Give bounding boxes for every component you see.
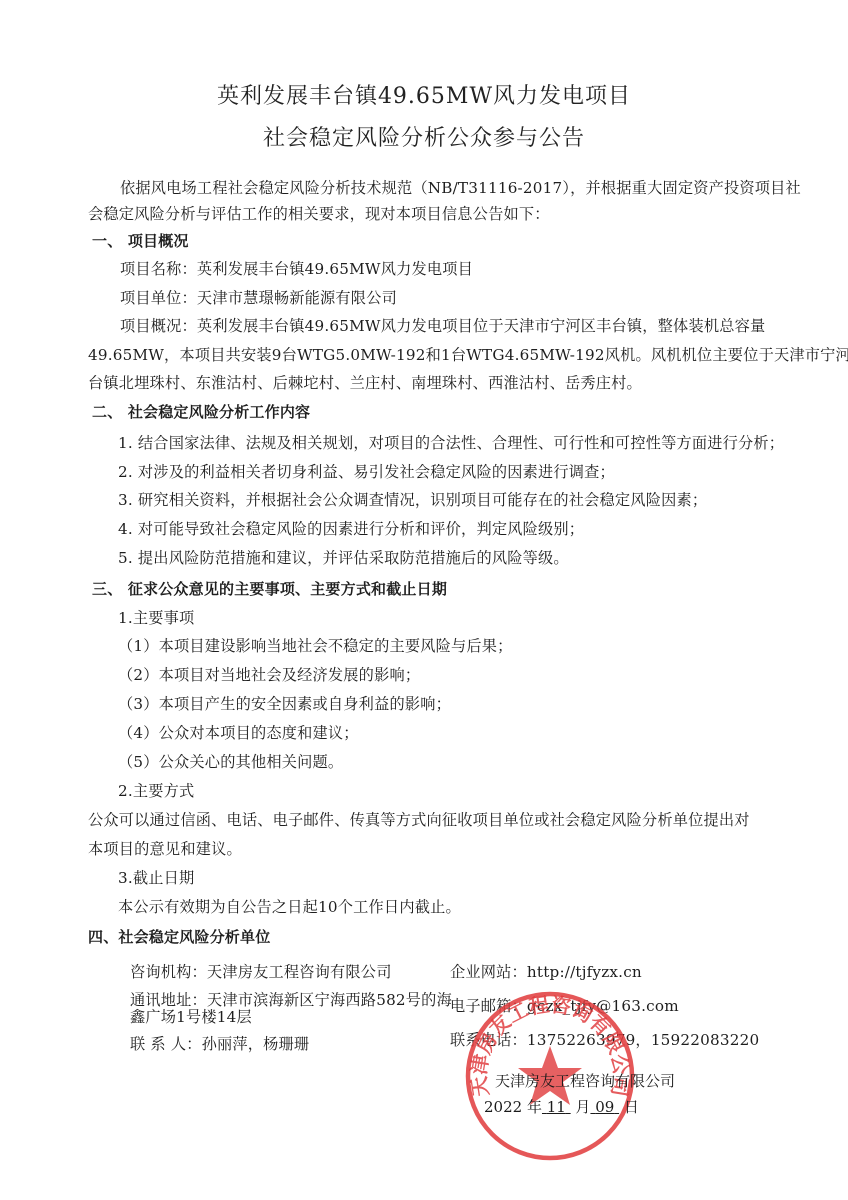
date-year-char: 年 xyxy=(527,1098,542,1116)
section2-heading: 二、 社会稳定风险分析工作内容 xyxy=(92,402,310,422)
document-title-line1: 英利发展丰台镇49.65MW风力发电项目 xyxy=(0,82,848,112)
signature-company: 天津房友工程咨询有限公司 xyxy=(495,1071,675,1091)
section3-sub1-item-2: （2）本项目对当地社会及经济发展的影响； xyxy=(118,665,420,685)
section3-sub2-line1: 公众可以通过信函、电话、电子邮件、传真等方式向征收项目单位或社会稳定风险分析单位… xyxy=(88,810,750,830)
section3-heading: 三、 征求公众意见的主要事项、主要方式和截止日期 xyxy=(92,579,447,599)
section3-sub3-title: 3.截止日期 xyxy=(118,868,194,888)
section1-heading: 一、 项目概况 xyxy=(92,231,189,251)
section3-sub1-item-5: （5）公众关心的其他相关问题。 xyxy=(118,752,343,772)
website: 企业网站：http://tjfyzx.cn xyxy=(450,962,642,982)
date-day-char: 日 xyxy=(624,1098,639,1116)
consulting-org: 咨询机构：天津房友工程咨询有限公司 xyxy=(130,962,392,982)
project-overview-line1: 项目概况：英利发展丰台镇49.65MW风力发电项目位于天津市宁河区丰台镇，整体装… xyxy=(120,316,765,336)
project-overview-line2: 49.65MW，本项目共安装9台WTG5.0MW-192和1台WTG4.65MW… xyxy=(88,345,848,365)
section2-item-1: 1. 结合国家法律、法规及相关规划，对项目的合法性、合理性、可行性和可控性等方面… xyxy=(118,433,784,453)
document-title-line2: 社会稳定风险分析公众参与公告 xyxy=(0,124,848,154)
date-day-value: 09 xyxy=(595,1098,614,1116)
date-month-value: 11 xyxy=(547,1098,566,1116)
section3-sub1-item-3: （3）本项目产生的安全因素或自身利益的影响； xyxy=(118,694,451,714)
project-name: 项目名称：英利发展丰台镇49.65MW风力发电项目 xyxy=(120,259,473,279)
intro-line1: 依据风电场工程社会稳定风险分析技术规范（NB/T31116-2017），并根据重… xyxy=(120,178,801,198)
section3-sub2-line2: 本项目的意见和建议。 xyxy=(88,839,242,859)
section3-sub1-item-1: （1）本项目建设影响当地社会不稳定的主要风险与后果； xyxy=(118,636,513,656)
date-day: 09 xyxy=(590,1098,619,1116)
date-month-char: 月 xyxy=(575,1098,590,1116)
section2-item-3: 3. 研究相关资料，并根据社会公众调查情况，识别项目可能存在的社会稳定风险因素； xyxy=(118,490,707,510)
section3-sub1-title: 1.主要事项 xyxy=(118,608,194,628)
section4-heading: 四、社会稳定风险分析单位 xyxy=(88,927,270,947)
section2-item-2: 2. 对涉及的利益相关者切身利益、易引发社会稳定风险的因素进行调查； xyxy=(118,462,615,482)
project-overview-line3: 台镇北埋珠村、东淮沽村、后棘坨村、兰庄村、南埋珠村、西淮沽村、岳秀庄村。 xyxy=(88,373,642,393)
date-year: 2022 xyxy=(484,1098,522,1116)
section3-sub3-text: 本公示有效期为自公告之日起10个工作日内截止。 xyxy=(118,897,461,917)
contacts: 联 系 人：孙丽萍，杨珊珊 xyxy=(130,1034,309,1054)
section3-sub2-title: 2.主要方式 xyxy=(118,781,194,801)
project-unit: 项目单位：天津市慧璟畅新能源有限公司 xyxy=(120,288,397,308)
date-month: 11 xyxy=(542,1098,571,1116)
intro-line2: 会稳定风险分析与评估工作的相关要求，现对本项目信息公告如下： xyxy=(88,204,550,224)
section3-sub1-item-4: （4）公众对本项目的态度和建议； xyxy=(118,723,359,743)
section2-item-5: 5. 提出风险防范措施和建议，并评估采取防范措施后的风险等级。 xyxy=(118,548,569,568)
signature-date: 2022 年 11 月 09 日 xyxy=(484,1097,639,1117)
address-line2: 鑫广场1号楼14层 xyxy=(130,1007,252,1027)
section2-item-4: 4. 对可能导致社会稳定风险的因素进行分析和评价，判定风险级别； xyxy=(118,519,584,539)
